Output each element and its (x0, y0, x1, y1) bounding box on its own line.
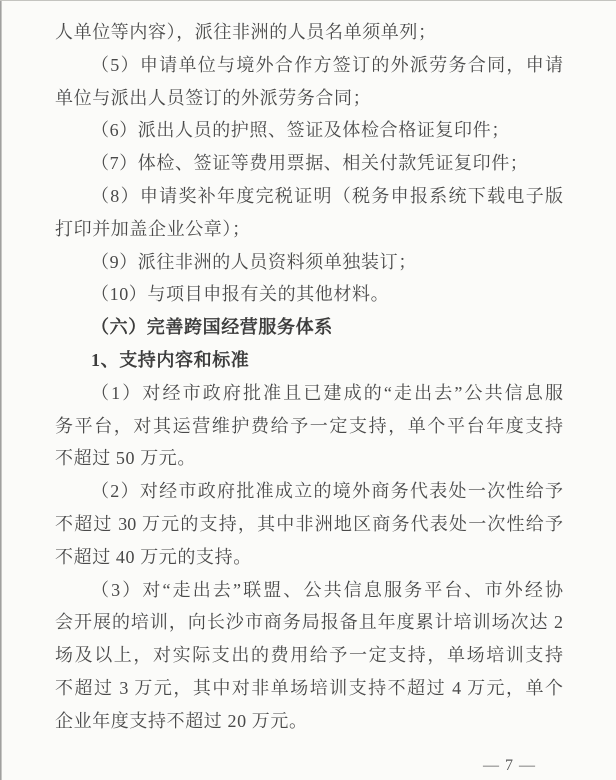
text-line: （7）体检、签证等费用票据、相关付款凭证复印件； (55, 147, 563, 180)
text-line: 打印并加盖企业公章）； (55, 213, 563, 246)
text-line: （9）派往非洲的人员资料须单独装订； (55, 246, 563, 279)
text-line: （8）申请奖补年度完税证明（税务申报系统下载电子版 (55, 180, 563, 213)
text-line: （10）与项目申报有关的其他材料。 (55, 278, 563, 311)
text-line: 会开展的培训，向长沙市商务局报备且年度累计培训场次达 2 (55, 606, 563, 639)
text-line: 不超过 40 万元的支持。 (55, 541, 563, 574)
text-line: （1）对经市政府批准且已建成的“走出去”公共信息服 (55, 377, 563, 410)
document-body: 人单位等内容），派往非洲的人员名单须单列； （5）申请单位与境外合作方签订的外派… (55, 16, 563, 738)
text-line: 单位与派出人员签订的外派劳务合同； (55, 82, 563, 115)
section-heading: （六）完善跨国经营服务体系 (55, 311, 563, 344)
text-line: 不超过 30 万元的支持，其中非洲地区商务代表处一次性给予 (55, 508, 563, 541)
text-line: 务平台，对其运营维护费给予一定支持，单个平台年度支持 (55, 410, 563, 443)
sub-heading: 1、支持内容和标准 (55, 344, 563, 377)
text-line: 场及以上，对实际支出的费用给予一定支持，单场培训支持 (55, 639, 563, 672)
text-line: （3）对“走出去”联盟、公共信息服务平台、市外经协 (55, 574, 563, 607)
text-line: （5）申请单位与境外合作方签订的外派劳务合同，申请 (55, 49, 563, 82)
text-line: 不超过 50 万元。 (55, 442, 563, 475)
scan-edge-top (0, 0, 616, 1)
page-number: — 7 — (483, 756, 536, 776)
text-line: 企业年度支持不超过 20 万元。 (55, 705, 563, 738)
text-line: 人单位等内容），派往非洲的人员名单须单列； (55, 16, 563, 49)
scan-edge-left (0, 0, 2, 780)
text-line: （6）派出人员的护照、签证及体检合格证复印件； (55, 114, 563, 147)
text-line: 不超过 3 万元，其中对非单场培训支持不超过 4 万元，单个 (55, 672, 563, 705)
text-line: （2）对经市政府批准成立的境外商务代表处一次性给予 (55, 475, 563, 508)
